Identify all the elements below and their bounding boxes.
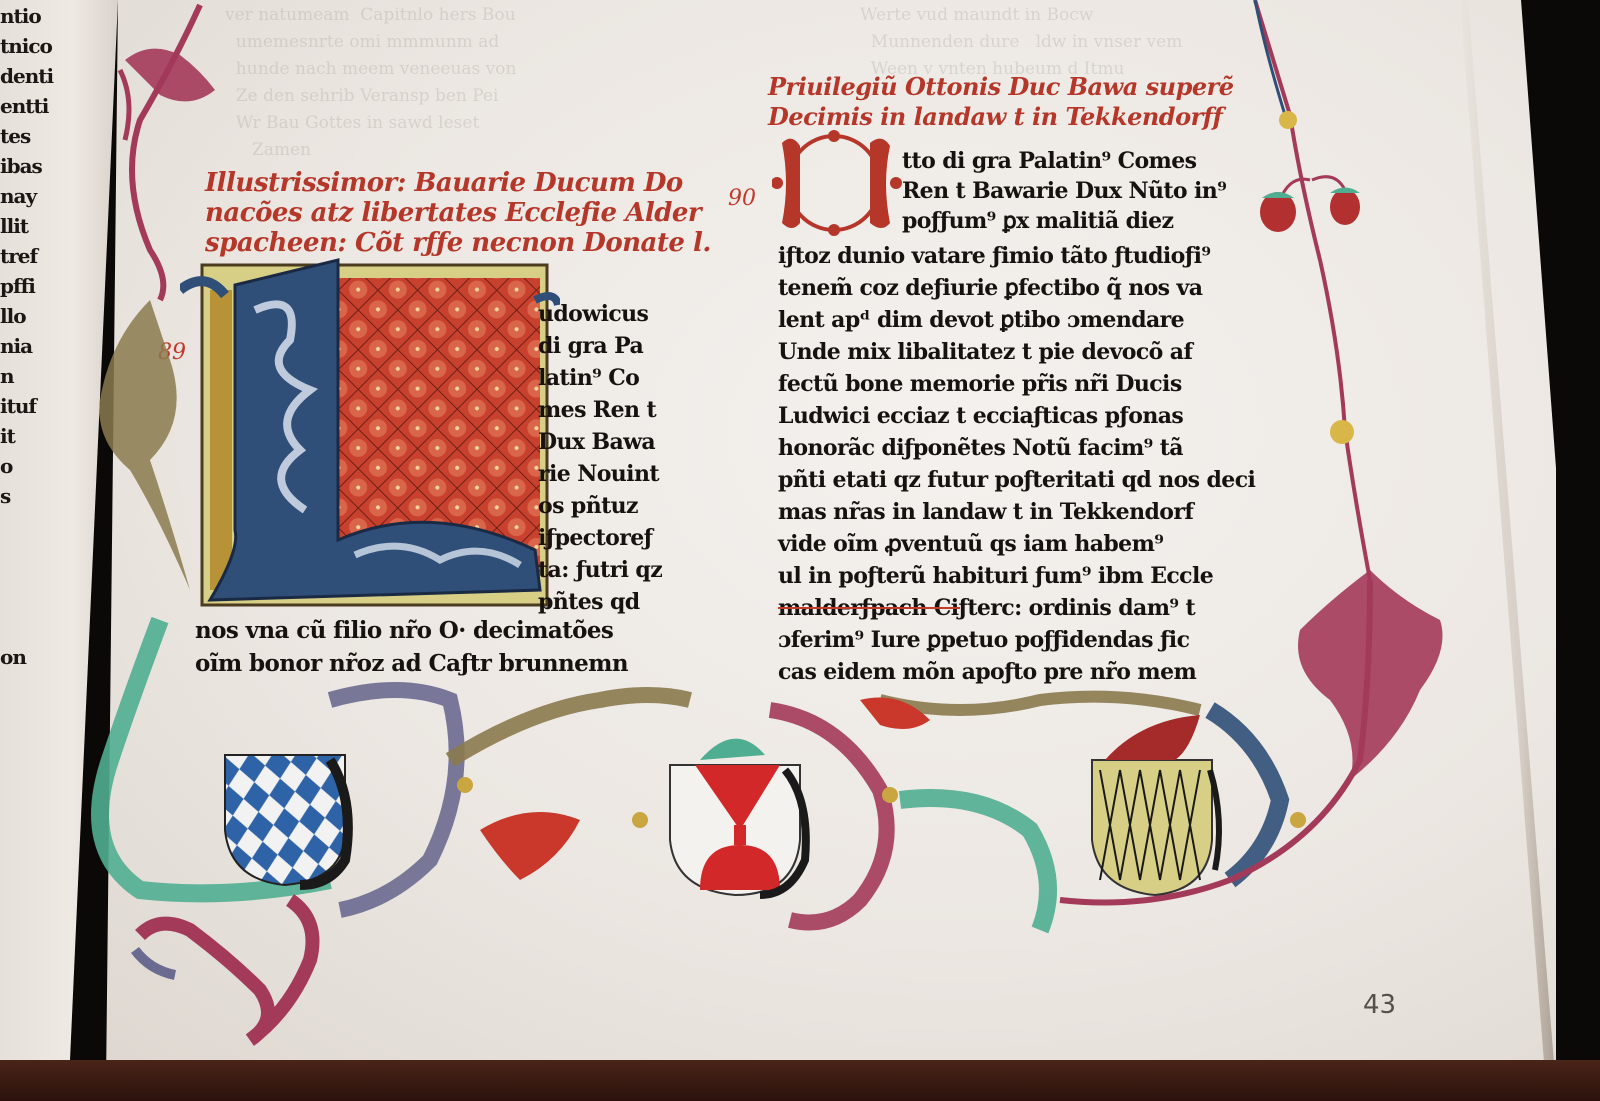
left-page-fragment: nia — [0, 334, 32, 358]
right-column-body: iƒtoz dunio vatare ƒimio tãto ƒtudioƒi⁹ … — [778, 240, 1255, 688]
left-page-fragment: tes — [0, 124, 30, 148]
left-page-fragment: denti — [0, 64, 53, 88]
left-page-fragment: pffi — [0, 274, 35, 298]
illuminated-initial-l — [180, 250, 560, 620]
bleed-through-text-right: Werte vud maundt in Bocw Munnenden dure … — [860, 2, 1182, 83]
page-number: 43 — [1363, 990, 1396, 1020]
text-line: iƒtoz dunio vatare ƒimio tãto ƒtudioƒi⁹ — [778, 240, 1255, 272]
text-line: iƒpectoreƒ — [538, 522, 662, 554]
text-line: latin⁹ Co — [538, 362, 662, 394]
left-page-fragment: entti — [0, 94, 48, 118]
text-line: udowicus — [538, 298, 662, 330]
left-page-fragment: ituf — [0, 394, 36, 418]
text-line: di gra Pa — [538, 330, 662, 362]
right-column-rubric: Priuilegiũ Ottonis Duc Bawa superẽ Decim… — [768, 72, 1234, 132]
left-page-fragment: on — [0, 645, 26, 669]
rubric-line: Priuilegiũ Ottonis Duc Bawa superẽ — [768, 72, 1234, 102]
text-line: rie Nouint — [538, 458, 662, 490]
text-line: pñti etati qz futur poƒteritati qd nos d… — [778, 464, 1255, 496]
text-line: poƒƒum⁹ ꝑx malitiã diez — [902, 206, 1226, 236]
book-binding — [0, 1060, 1600, 1101]
rubric-line: nacões atz libertates Eccleƒie Alder — [205, 198, 711, 228]
folio-number-90: 90 — [728, 186, 756, 211]
text-line: lent apᵈ dim devot ꝑtibo ɔmendare — [778, 304, 1255, 336]
text-line: tto di gra Palatin⁹ Comes — [902, 146, 1226, 176]
left-page-fragment: tref — [0, 244, 37, 268]
text-line: os pñtuz — [538, 490, 662, 522]
text-line: Ludwici ecciaz t ecciaƒticas pƒonas — [778, 400, 1255, 432]
text-line: Unde mix libalitatez t pie devocõ af — [778, 336, 1255, 368]
text-line: tenem̃ coz deƒiurie ꝑfectibo q̃ nos va — [778, 272, 1255, 304]
text-line: fectũ bone memorie pr̃is nr̃i Ducis — [778, 368, 1255, 400]
text-line: vide oĩm ꝓventuũ qs iam habem⁹ — [778, 528, 1255, 560]
text-line: honorãc diƒponẽtes Notũ facim⁹ tã — [778, 432, 1255, 464]
bleed-through-text: ver natumeam Capitnlo hers Bou umemesnrt… — [225, 2, 516, 164]
left-page-fragment: tnico — [0, 34, 52, 58]
text-below-initial-l: nos vna cũ filio nr̃o O· decimatões oĩm … — [195, 614, 628, 680]
left-page-fragment: n — [0, 364, 14, 388]
text-line: nos vna cũ filio nr̃o O· decimatões — [195, 614, 628, 647]
text-line: Dux Bawa — [538, 426, 662, 458]
text-line: ta: ƒutri qz — [538, 554, 662, 586]
text-line: oĩm bonor nr̃oz ad Caƒtr brunnemn — [195, 647, 628, 680]
rubric-line: Illustrissimor: Bauarie Ducum Do — [205, 168, 711, 198]
text-beside-initial-o: tto di gra Palatin⁹ Comes Ren t Bawarie … — [902, 146, 1226, 236]
text-line: ul in poƒterũ habituri ƒum⁹ ibm Eccle — [778, 560, 1255, 592]
left-page-fragment: llit — [0, 214, 28, 238]
red-initial-o — [772, 128, 902, 238]
text-line: Ren t Bawarie Dux Nũto in⁹ — [902, 176, 1226, 206]
text-line: mes Ren t — [538, 394, 662, 426]
manuscript-photo: ntiotnicodentienttitesibasnayllittrefpff… — [0, 0, 1600, 1101]
text-line: cas eidem mõn apoƒto pre nr̃o mem — [778, 656, 1255, 688]
left-page-fragment: ibas — [0, 154, 42, 178]
left-page-fragment: llo — [0, 304, 26, 328]
left-page-fragment: it — [0, 424, 15, 448]
text-line: ɔferim⁹ Iure ꝑpetuo poƒƒidendas ƒic — [778, 624, 1255, 656]
text-line: malderƒpach Ciƒterc: ordinis dam⁹ t — [778, 592, 1255, 624]
left-page-fragment: o — [0, 454, 12, 478]
text-line: mas nr̃as in landaw t in Tekkendorf — [778, 496, 1255, 528]
left-page-fragment: nay — [0, 184, 36, 208]
left-column-rubric: Illustrissimor: Bauarie Ducum Do nacões … — [205, 168, 711, 258]
text-beside-initial-l: udowicus di gra Pa latin⁹ Co mes Ren t D… — [538, 298, 662, 618]
left-page-fragment: ntio — [0, 4, 41, 28]
left-page-fragment: s — [0, 484, 10, 508]
